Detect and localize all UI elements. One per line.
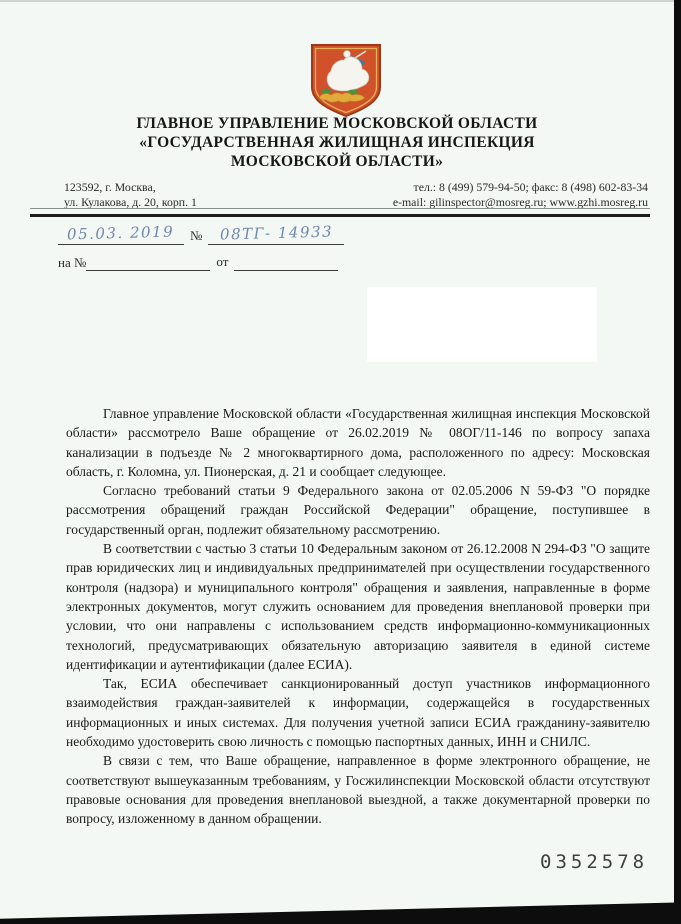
postal-address-line2: ул. Кулакова, д. 20, корп. 1	[64, 195, 197, 210]
number-sign-label: №	[190, 228, 202, 244]
scan-edge-right	[674, 0, 681, 924]
body-paragraph-1: Главное управление Московской области «Г…	[66, 404, 650, 481]
org-title-line1: ГЛАВНОЕ УПРАВЛЕНИЕ МОСКОВСКОЙ ОБЛАСТИ	[0, 114, 674, 133]
handwritten-number: 08ТГ- 14933	[220, 223, 334, 244]
phone-email-block: тел.: 8 (499) 579-94-50; факс: 8 (498) 6…	[393, 180, 648, 209]
moscow-region-coat-of-arms-icon	[306, 42, 386, 120]
outgoing-number-field: 08ТГ- 14933	[208, 224, 344, 245]
outgoing-ref-row: 05.03. 2019 № 08ТГ- 14933	[58, 224, 344, 245]
incoming-ref-row: на № от	[58, 254, 338, 271]
email-site-line: e-mail: gilinspector@mosreg.ru; www.gzhi…	[393, 195, 648, 210]
phone-fax-line: тел.: 8 (499) 579-94-50; факс: 8 (498) 6…	[393, 180, 648, 195]
org-title: ГЛАВНОЕ УПРАВЛЕНИЕ МОСКОВСКОЙ ОБЛАСТИ «Г…	[0, 114, 674, 171]
outgoing-date-field: 05.03. 2019	[58, 224, 184, 245]
org-title-line2: «ГОСУДАРСТВЕННАЯ ЖИЛИЩНАЯ ИНСПЕКЦИЯ	[0, 133, 674, 152]
scan-edge-top	[0, 0, 681, 2]
handwritten-date: 05.03. 2019	[67, 223, 175, 244]
org-title-line3: МОСКОВСКОЙ ОБЛАСТИ»	[0, 152, 674, 171]
incoming-number-blank	[86, 254, 210, 271]
na-number-label: на №	[58, 255, 86, 271]
letterhead-divider	[30, 208, 650, 217]
redacted-addressee-area	[367, 287, 597, 362]
incoming-date-blank	[234, 254, 338, 271]
postal-address-line1: 123592, г. Москва,	[64, 180, 197, 195]
form-blank-number: 0352578	[540, 851, 648, 873]
body-paragraph-2: Согласно требований статьи 9 Федеральног…	[66, 481, 650, 539]
postal-address: 123592, г. Москва, ул. Кулакова, д. 20, …	[64, 180, 197, 209]
ot-label: от	[216, 254, 228, 270]
body-paragraph-4: Так, ЕСИА обеспечивает санкционированный…	[66, 674, 650, 751]
body-paragraph-3: В соответствии с частью 3 статьи 10 Феде…	[66, 539, 650, 674]
scanned-letter-page: ГЛАВНОЕ УПРАВЛЕНИЕ МОСКОВСКОЙ ОБЛАСТИ «Г…	[0, 0, 681, 924]
body-paragraph-5: В связи с тем, что Ваше обращение, напра…	[66, 751, 650, 828]
letterhead-contacts: 123592, г. Москва, ул. Кулакова, д. 20, …	[64, 180, 648, 209]
letter-body: Главное управление Московской области «Г…	[66, 404, 650, 829]
scan-edge-bottom	[0, 900, 681, 924]
